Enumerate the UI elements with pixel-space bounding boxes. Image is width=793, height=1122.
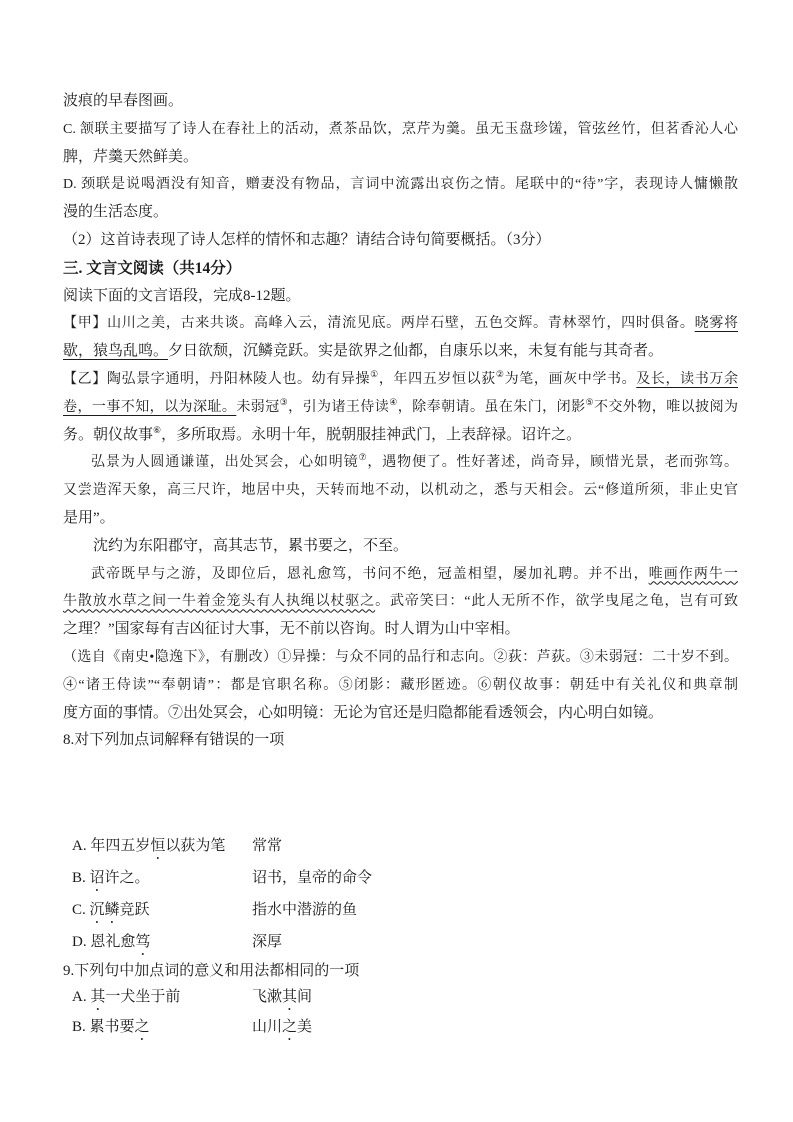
passage-jia-line-2: 歇，猿鸟乱鸣。夕日欲颓，沉鳞竞跃。实是欲界之仙都，自康乐以来，未复有能与其奇者。 [63, 338, 738, 366]
passage-instruction: 阅读下面的文言语段，完成8-12题。 [63, 283, 738, 311]
q8-option-c: C. 沉鳞竞跃指水中潜游的鱼 [63, 895, 738, 927]
emphasized-word: 恒 [150, 838, 165, 854]
emphasized-word: 之 [135, 1019, 150, 1035]
emphasized-word: 之 [282, 1019, 297, 1035]
text-run: 未弱冠 [236, 400, 279, 415]
text-run: 为笔，画灰中学书。 [505, 372, 637, 387]
text-run: ，引为诸王侍读 [288, 400, 389, 415]
hongjing-para-line-2: 又尝造浑天象，高三尺许，地居中央，天转而地不动，以机动之，悉与天相会。云“修道所… [63, 477, 738, 505]
text-run: 三. 文言文阅读（共14分） [63, 260, 241, 277]
option-gloss: 指水中潜游的鱼 [252, 895, 357, 925]
footnote-ref: ⑥ [153, 425, 161, 435]
text-run: B. 累书要 [72, 1019, 135, 1035]
text-run: C. 颔联主要描写了诗人在春社上的活动，煮茶品饮，烹芹为羹。虽无玉盘珍馐，管弦丝… [63, 122, 738, 137]
text-run: ④“诸王侍读”“奉朝请”：都是官职名称。⑤闭影：藏形匿迹。⑥朝仪故事：朝廷中有关… [63, 678, 738, 693]
wudi-para-line-2: 牛散放水草之间一牛着金笼头有人执绳以杖驱之。武帝笑曰：“此人无所不作，欲学曳尾之… [63, 588, 738, 616]
notes-line-3: 度方面的事情。⑦出处冥会，心如明镜：无论为官还是归隐都能看透领会，内心明白如镜。 [63, 700, 738, 728]
footnote-ref: ③ [280, 397, 289, 407]
choice-c-line-2: 脾，芹羹天然鲜美。 [63, 144, 738, 172]
q9-option-a: A. 其一犬坐于前飞漱其间 [63, 984, 738, 1014]
option-text: A. 其一犬坐于前 [72, 989, 180, 1005]
text-run: 指水中潜游的鱼 [252, 902, 357, 918]
footnote-ref: ④ [389, 397, 398, 407]
underlined-text: 歇，猿鸟乱鸣。 [63, 343, 168, 359]
option-gloss: 常常 [252, 831, 282, 861]
emphasized-word: 其 [90, 989, 105, 1005]
text-run: 美 [297, 1019, 312, 1035]
text-run: 是用”。 [63, 510, 115, 526]
text-run: 以荻为笔 [165, 838, 225, 854]
option-gloss: 飞漱其间 [252, 984, 312, 1014]
emphasized-word: 沉鳞 [90, 902, 120, 918]
option-gloss: 山川之美 [252, 1014, 312, 1044]
hongjing-para-line-1: 弘景为人圆通谦谨，出处冥会，心如明镜⑦，遇物便了。性好著述，尚奇异，顾惜光景，老… [63, 449, 738, 477]
option-text: B. 累书要之 [72, 1019, 150, 1035]
option-text: A. 年四五岁恒以荻为笔 [72, 838, 225, 854]
option-text: D. 恩礼愈笃 [72, 934, 150, 950]
text-run: 诏书，皇帝的命令 [252, 870, 372, 886]
footnote-ref: ② [496, 369, 505, 379]
text-run: 许之。 [105, 870, 150, 886]
text-run: 8.对下列加点词解释有错误的一项 [63, 732, 284, 748]
text-run: 常常 [252, 838, 282, 854]
passage-jia-line-1: 【甲】山川之美，古来共谈。高峰入云，清流见底。两岸石壁，五色交辉。青林翠竹，四时… [63, 310, 738, 338]
option-text: B. 诏许之。 [72, 870, 150, 886]
underlined-text: 晓雾将 [695, 316, 738, 331]
wavy-underlined-text: 唯画作两牛一 [649, 567, 738, 582]
text-run: 度方面的事情。⑦出处冥会，心如明镜：无论为官还是归隐都能看透领会，内心明白如镜。 [63, 705, 663, 721]
text-run: 深厚 [252, 934, 282, 950]
passage-yi-line-2: 卷，一事不知，以为深耻。未弱冠③，引为诸王侍读④，除奉朝请。虽在朱门，闭影⑤不交… [63, 394, 738, 422]
question-2: （2）这首诗表现了诗人怎样的情怀和志趣？请结合诗句简要概括。（3分） [63, 227, 738, 255]
text-run: 9.下列句中加点词的意义和用法都相同的一项 [63, 963, 359, 979]
option-text: C. 沉鳞竞跃 [72, 902, 150, 918]
notes-line-2: ④“诸王侍读”“奉朝请”：都是官职名称。⑤闭影：藏形匿迹。⑥朝仪故事：朝廷中有关… [63, 672, 738, 700]
text-run: C. [72, 902, 90, 918]
hongjing-para-line-3: 是用”。 [63, 505, 738, 533]
question-9: 9.下列句中加点词的意义和用法都相同的一项 [63, 959, 738, 984]
text-run: ，遇物便了。性好著述，尚奇异，顾惜光景，老而弥笃。 [367, 455, 738, 470]
text-run: 之理？”国家每有吉凶征讨大事，无不前以咨询。时人谓为山中宰相。 [63, 621, 520, 637]
text-run: （2）这首诗表现了诗人怎样的情怀和志趣？请结合诗句简要概括。（3分） [63, 232, 551, 248]
q8-option-a: A. 年四五岁恒以荻为笔常常 [63, 831, 738, 863]
shenyue-line: 沈约为东阳郡守，高其志节，累书要之，不至。 [63, 533, 738, 561]
emphasized-word: 其 [282, 989, 297, 1005]
choice-d-line-1: D. 颈联是说喝酒没有知音，赠妻没有物品，言词中流露出哀伤之情。尾联中的“待”字… [63, 171, 738, 199]
emphasized-word: 诏 [90, 870, 105, 886]
text-run: B. [72, 870, 90, 886]
text-run: D. 恩礼愈 [72, 934, 135, 950]
text-run: 沈约为东阳郡守，高其志节，累书要之，不至。 [93, 538, 408, 554]
option-gloss: 深厚 [252, 927, 282, 957]
text-run: 漫的生活态度。 [63, 204, 168, 220]
text-run: ，多所取焉。永明十年，脱朝服挂神武门，上表辞禄。诏许之。 [161, 427, 581, 443]
para-tail-early-spring: 波痕的早春图画。 [63, 88, 738, 116]
text-run: D. 颈联是说喝酒没有知音，赠妻没有物品，言词中流露出哀伤之情。尾联中的“待”字… [63, 177, 738, 192]
wavy-underlined-text: 牛散放水草之间一牛着金笼头有人执绳以杖驱之 [63, 594, 375, 609]
text-run: 夕日欲颓，沉鳞竞跃。实是欲界之仙都，自康乐以来，未复有能与其奇者。 [168, 343, 663, 359]
text-run: 飞漱 [252, 989, 282, 1005]
q8-option-d: D. 恩礼愈笃深厚 [63, 927, 738, 959]
choice-d-line-2: 漫的生活态度。 [63, 199, 738, 227]
q9-option-b: B. 累书要之山川之美 [63, 1014, 738, 1044]
text-run: 不交外物，唯以披阅为 [594, 400, 738, 415]
wudi-para-line-1: 武帝既早与之游，及即位后，恩礼愈笃，书问不绝，冠盖相望，屡加礼聘。并不出，唯画作… [63, 561, 738, 589]
text-run: 阅读下面的文言语段，完成8-12题。 [63, 288, 301, 304]
text-run: 。武帝笑曰：“此人无所不作，欲学曳尾之龟，岂有可致 [375, 594, 738, 609]
text-run: ，年四五岁恒以荻 [379, 372, 496, 387]
passage-yi-line-3: 务。朝仪故事⑥，多所取焉。永明十年，脱朝服挂神武门，上表辞禄。诏许之。 [63, 422, 738, 450]
wudi-para-line-3: 之理？”国家每有吉凶征讨大事，无不前以咨询。时人谓为山中宰相。 [63, 616, 738, 644]
text-run: 【乙】陶弘景字通明，丹阳林陵人也。幼有异操 [63, 372, 370, 387]
text-run: （选自《南史•隐逸下》，有删改）①异操：与众不同的品行和志向。②荻：芦荻。③未弱… [63, 650, 738, 665]
passage-yi-line-1: 【乙】陶弘景字通明，丹阳林陵人也。幼有异操①，年四五岁恒以荻②为笔，画灰中学书。… [63, 366, 738, 394]
option-gloss: 诏书，皇帝的命令 [252, 863, 372, 893]
footnote-ref: ① [370, 369, 379, 379]
q8-option-b: B. 诏许之。诏书，皇帝的命令 [63, 863, 738, 895]
underlined-text: 及长，读书万余 [636, 372, 738, 387]
text-run: 脾，芹羹天然鲜美。 [63, 149, 198, 165]
underlined-text: 卷，一事不知，以为深耻。 [63, 400, 236, 415]
text-run: 间 [297, 989, 312, 1005]
document-content: 波痕的早春图画。C. 颔联主要描写了诗人在春社上的活动，煮茶品饮，烹芹为羹。虽无… [63, 88, 738, 1044]
text-run: A. 年四五岁 [72, 838, 150, 854]
footnote-ref: ⑤ [586, 397, 595, 407]
text-run: 务。朝仪故事 [63, 427, 153, 443]
section-3-heading: 三. 文言文阅读（共14分） [63, 255, 738, 283]
text-run: 一犬坐于前 [105, 989, 180, 1005]
text-run: ，除奉朝请。虽在朱门，闭影 [398, 400, 586, 415]
text-run: 山川 [252, 1019, 282, 1035]
text-run: A. [72, 989, 90, 1005]
choice-c-line-1: C. 颔联主要描写了诗人在春社上的活动，煮茶品饮，烹芹为羹。虽无玉盘珍馐，管弦丝… [63, 116, 738, 144]
source-and-notes-line-1: （选自《南史•隐逸下》，有删改）①异操：与众不同的品行和志向。②荻：芦荻。③未弱… [63, 644, 738, 672]
text-run: 又尝造浑天象，高三尺许，地居中央，天转而地不动，以机动之，悉与天相会。云“修道所… [63, 483, 738, 498]
emphasized-word: 笃 [135, 934, 150, 950]
exam-paper-page: 波痕的早春图画。C. 颔联主要描写了诗人在春社上的活动，煮茶品饮，烹芹为羹。虽无… [0, 0, 793, 1122]
text-run: 弘景为人圆通谦谨，出处冥会，心如明镜 [91, 455, 358, 470]
text-run: 武帝既早与之游，及即位后，恩礼愈笃，书问不绝，冠盖相望，屡加礼聘。并不出， [91, 567, 649, 582]
text-run: 波痕的早春图画。 [63, 93, 183, 109]
text-run: 【甲】山川之美，古来共谈。高峰入云，清流见底。两岸石壁，五色交辉。青林翠竹，四时… [63, 316, 695, 331]
question-8: 8.对下列加点词解释有错误的一项 [63, 727, 738, 755]
text-run: 竞跃 [120, 902, 150, 918]
